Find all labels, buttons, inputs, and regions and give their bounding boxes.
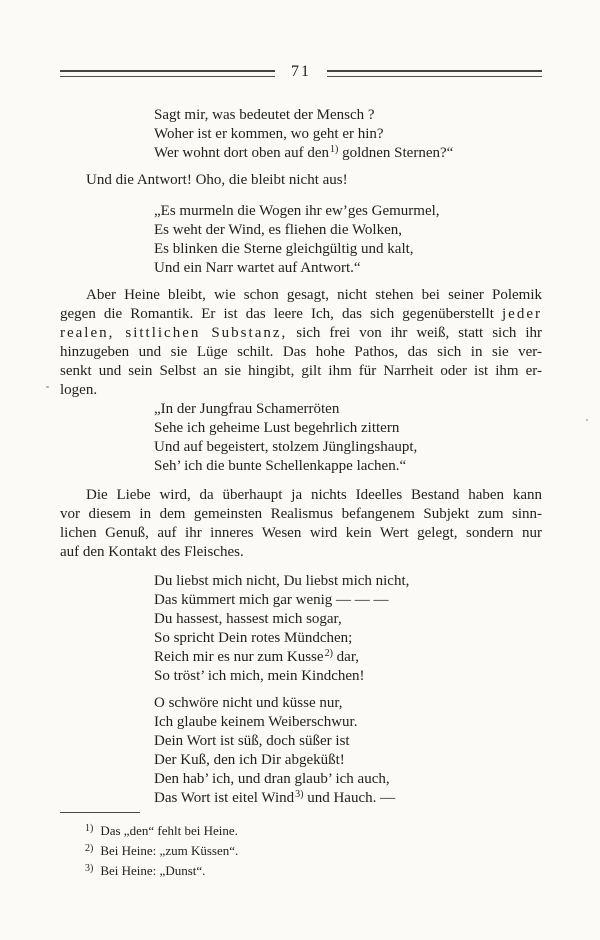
- paragraph-line: Die Liebe wird, da überhaupt ja nichts I…: [60, 486, 542, 505]
- verse-stanza-3: „In der Jungfrau SchamerrötenSehe ich ge…: [154, 400, 542, 476]
- verse-line: Es blinken die Sterne gleichgültig und k…: [154, 240, 542, 259]
- paragraph-line: gegen die Romantik. Er ist das leere Ich…: [60, 305, 542, 324]
- footnote-1: 1)Das „den“ fehlt bei Heine.: [84, 821, 542, 841]
- page-content: Sagt mir, was bedeutet der Mensch ?Woher…: [60, 82, 542, 808]
- header-rule-right: [327, 70, 542, 77]
- paragraph-line: vor diesem in dem gemeinsten Realismus b…: [60, 505, 542, 524]
- footnote-marker: 1): [85, 823, 93, 834]
- verse-line: Du liebst mich nicht, Du liebst mich nic…: [154, 572, 542, 591]
- text-segment: gegen die Romantik. Er ist das leere Ich…: [60, 306, 502, 322]
- verse-stanza-2: „Es murmeln die Wogen ihr ew’ges Gemurme…: [154, 202, 542, 278]
- verse-line: Wer wohnt dort oben auf den1) goldnen St…: [154, 144, 542, 163]
- verse-line: Dein Wort ist süß, doch süßer ist: [154, 732, 542, 751]
- footnote-separator: [60, 812, 140, 813]
- scan-speck: [46, 386, 49, 388]
- verse-line: Es weht der Wind, es fliehen die Wolken,: [154, 221, 542, 240]
- verse-line: O schwöre nicht und küsse nur,: [154, 694, 542, 713]
- footnote-text: Bei Heine: „Dunst“.: [100, 863, 205, 878]
- paragraph-line: lichen Genuß, auf ihr inneres Wesen wird…: [60, 524, 542, 543]
- text-segment: sich frei von ihr weiß, statt sich ihr: [287, 325, 542, 341]
- footnote-ref: 2): [325, 648, 333, 659]
- page-header: 71: [60, 64, 542, 82]
- paragraph-line: realen, sittlichen Substanz, sich frei v…: [60, 324, 542, 343]
- paragraph-line: auf den Kontakt des Fleisches.: [60, 543, 542, 562]
- verse-line: Den hab’ ich, und dran glaub’ ich auch,: [154, 770, 542, 789]
- page-number: 71: [275, 63, 327, 81]
- footnote-marker: 3): [85, 863, 93, 874]
- book-page: 71 Sagt mir, was bedeutet der Mensch ?Wo…: [0, 0, 600, 940]
- paragraph-2: Aber Heine bleibt, wie schon gesagt, nic…: [60, 286, 542, 400]
- footnotes: 1)Das „den“ fehlt bei Heine.2)Bei Heine:…: [60, 821, 542, 881]
- letterspaced-emphasis: jeder: [502, 306, 542, 322]
- footnote-ref: 3): [295, 789, 303, 800]
- verse-line: Seh’ ich die bunte Schellenkappe lachen.…: [154, 457, 542, 476]
- verse-line: So tröst’ ich mich, mein Kindchen!: [154, 667, 542, 686]
- verse-line: Sehe ich geheime Lust begehrlich zittern: [154, 419, 542, 438]
- footnote-3: 3)Bei Heine: „Dunst“.: [84, 861, 542, 881]
- verse-stanza-5: O schwöre nicht und küsse nur,Ich glaube…: [154, 694, 542, 808]
- verse-line: Und auf begeistert, stolzem Jünglingshau…: [154, 438, 542, 457]
- verse-line: So spricht Dein rotes Mündchen;: [154, 629, 542, 648]
- verse-line: Und ein Narr wartet auf Antwort.“: [154, 259, 542, 278]
- footnote-2: 2)Bei Heine: „zum Küssen“.: [84, 841, 542, 861]
- paragraph-line: logen.: [60, 381, 542, 400]
- verse-line: Das kümmert mich gar wenig — — —: [154, 591, 542, 610]
- scan-speck: [586, 419, 588, 421]
- verse-line: Du hassest, hassest mich sogar,: [154, 610, 542, 629]
- verse-line: Das Wort ist eitel Wind3) und Hauch. —: [154, 789, 542, 808]
- verse-stanza-1: Sagt mir, was bedeutet der Mensch ?Woher…: [154, 106, 542, 163]
- footnote-text: Das „den“ fehlt bei Heine.: [100, 823, 238, 838]
- paragraph-line: Aber Heine bleibt, wie schon gesagt, nic…: [60, 286, 542, 305]
- verse-line: „In der Jungfrau Schamerröten: [154, 400, 542, 419]
- paragraph-3: Die Liebe wird, da überhaupt ja nichts I…: [60, 486, 542, 562]
- footnote-ref: 1): [330, 144, 338, 155]
- verse-line: Sagt mir, was bedeutet der Mensch ?: [154, 106, 542, 125]
- paragraph-line: hinzugeben und sie Lüge schilt. Das hohe…: [60, 343, 542, 362]
- paragraph-line: Und die Antwort! Oho, die bleibt nicht a…: [60, 171, 542, 190]
- header-rule-left: [60, 70, 275, 77]
- footnote-text: Bei Heine: „zum Küssen“.: [100, 843, 238, 858]
- verse-line: „Es murmeln die Wogen ihr ew’ges Gemurme…: [154, 202, 542, 221]
- verse-stanza-4: Du liebst mich nicht, Du liebst mich nic…: [154, 572, 542, 686]
- paragraph-1: Und die Antwort! Oho, die bleibt nicht a…: [60, 171, 542, 190]
- footnote-marker: 2): [85, 843, 93, 854]
- verse-line: Reich mir es nur zum Kusse2) dar,: [154, 648, 542, 667]
- verse-line: Der Kuß, den ich Dir abgeküßt!: [154, 751, 542, 770]
- verse-line: Ich glaube keinem Weiberschwur.: [154, 713, 542, 732]
- verse-line: Woher ist er kommen, wo geht er hin?: [154, 125, 542, 144]
- letterspaced-emphasis: realen, sittlichen Substanz,: [60, 325, 287, 341]
- paragraph-line: senkt und sein Selbst an sie hingibt, gi…: [60, 362, 542, 381]
